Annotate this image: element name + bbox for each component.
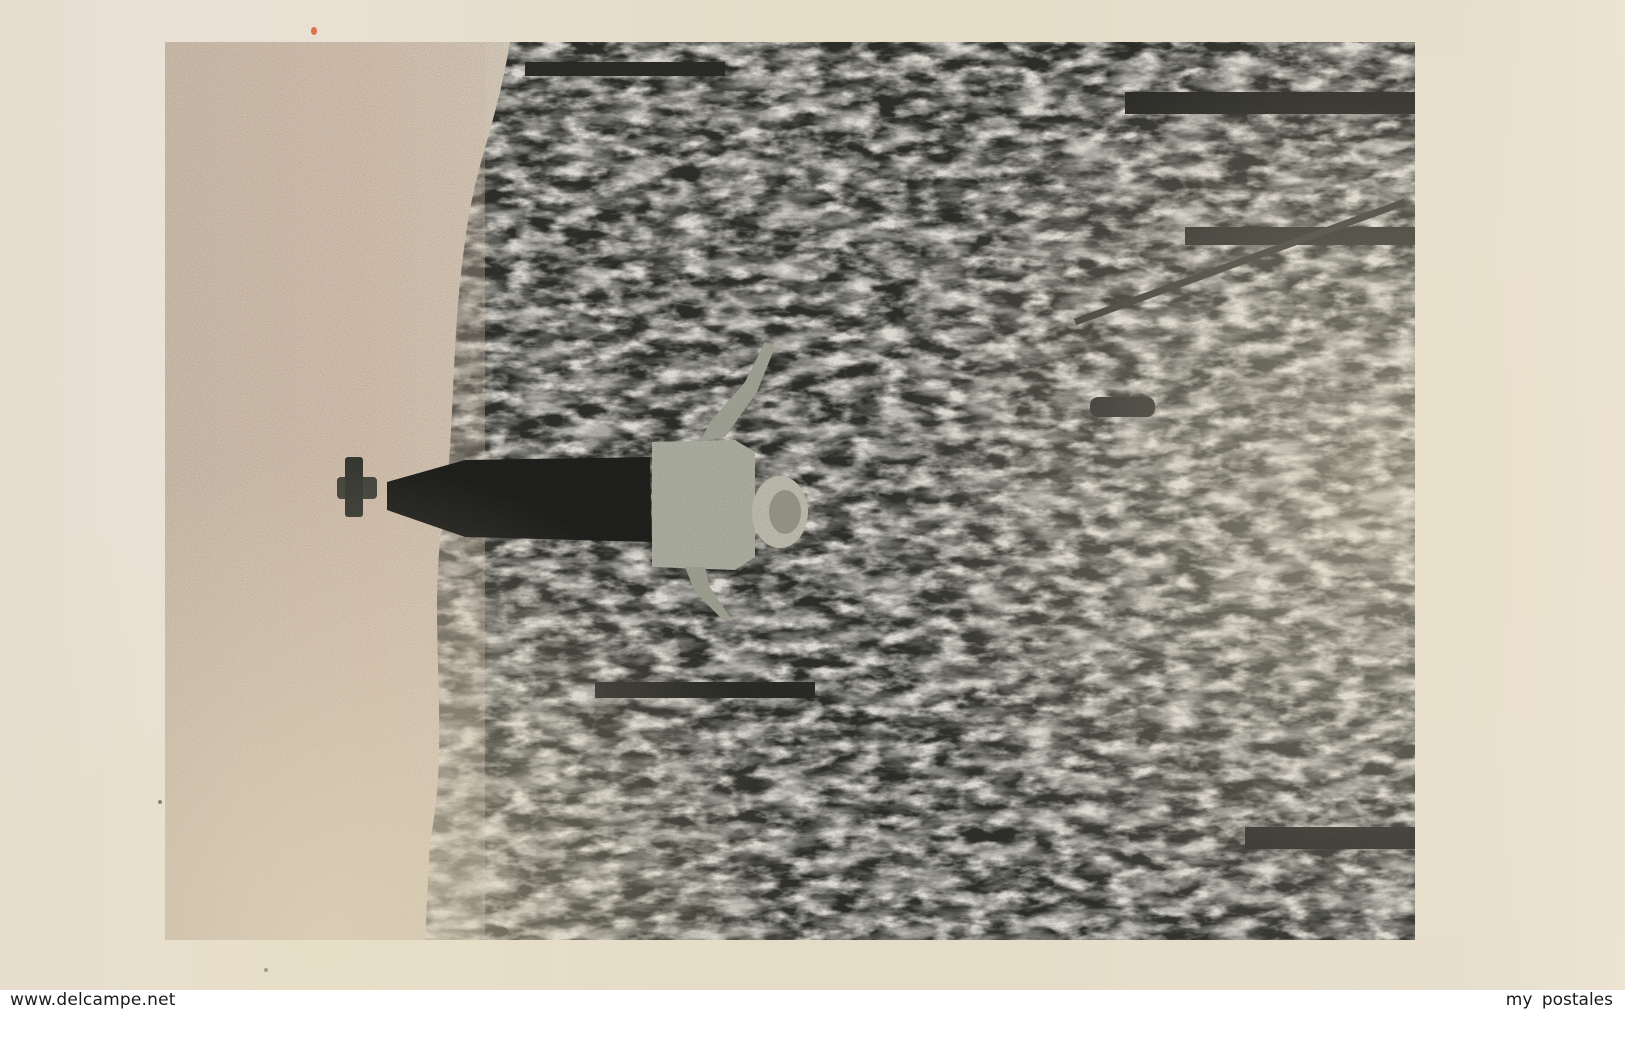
postcard (0, 0, 1625, 990)
dust-speck (264, 968, 268, 972)
watermark-delcampe[interactable]: www.delcampe.net (10, 990, 176, 1010)
dust-speck (158, 800, 162, 804)
stain-mark (311, 27, 317, 35)
watermark-bar: www.delcampe.net my postales (0, 990, 1625, 1046)
photograph (165, 42, 1415, 940)
watermark-mypostales[interactable]: my postales (1506, 990, 1613, 1010)
snow-forest-scene (165, 42, 1415, 940)
